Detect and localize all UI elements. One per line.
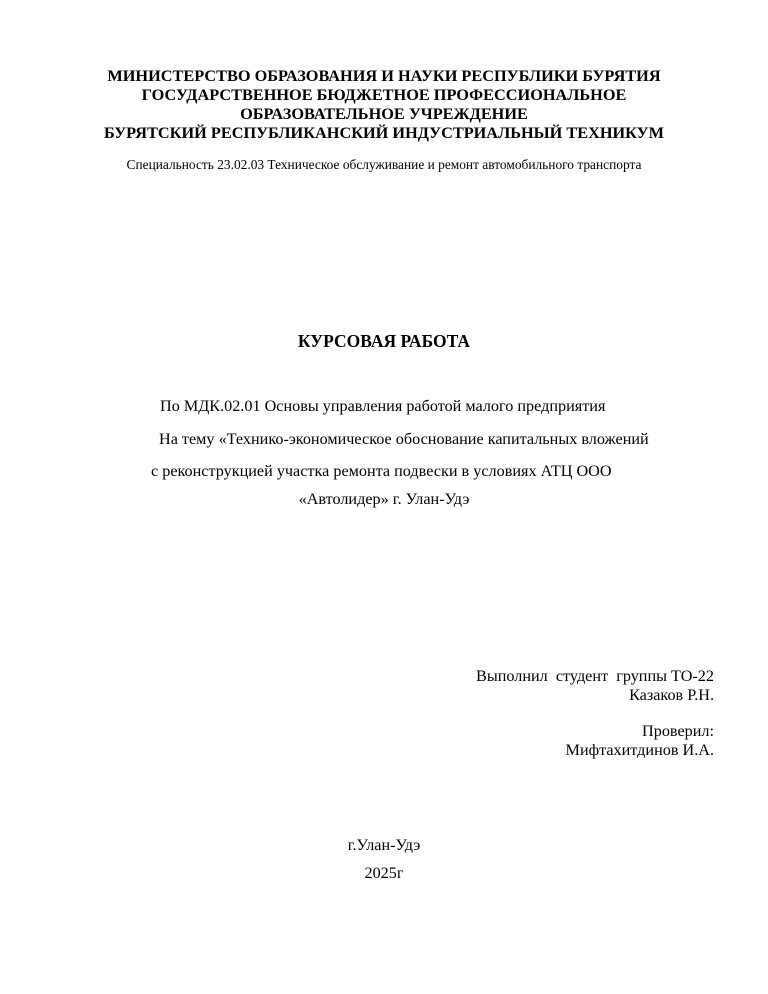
topic-line-3: «Автолидер» г. Улан-Удэ xyxy=(0,490,768,509)
institution-type-line-2: ОБРАЗОВАТЕЛЬНОЕ УЧРЕЖДЕНИЕ xyxy=(0,104,768,123)
document-type-title: КУРСОВАЯ РАБОТА xyxy=(234,331,534,351)
topic-line-1: На тему «Технико-экономическое обоснован… xyxy=(159,430,649,449)
performed-by-label: Выполнил студент группы ТО-22 xyxy=(476,667,714,686)
city-text: г.Улан-Удэ xyxy=(0,836,768,855)
teacher-name: Мифтахитдинов И.А. xyxy=(476,741,714,760)
student-name: Казаков Р.Н. xyxy=(476,686,714,705)
institution-header: МИНИСТЕРСТВО ОБРАЗОВАНИЯ И НАУКИ РЕСПУБЛ… xyxy=(0,66,768,142)
ministry-line: МИНИСТЕРСТВО ОБРАЗОВАНИЯ И НАУКИ РЕСПУБЛ… xyxy=(0,66,768,85)
checked-by-label: Проверил: xyxy=(476,722,714,741)
topic-line-2: с реконструкцией участка ремонта подвеск… xyxy=(151,462,612,481)
signature-block: Выполнил студент группы ТО-22 Казаков Р.… xyxy=(476,667,714,760)
specialty-text: Специальность 23.02.03 Техническое обслу… xyxy=(0,157,768,173)
institution-name-line: БУРЯТСКИЙ РЕСПУБЛИКАНСКИЙ ИНДУСТРИАЛЬНЫЙ… xyxy=(0,123,768,142)
subject-line: По МДК.02.01 Основы управления работой м… xyxy=(160,397,605,416)
institution-type-line: ГОСУДАРСТВЕННОЕ БЮДЖЕТНОЕ ПРОФЕССИОНАЛЬН… xyxy=(0,85,768,104)
year-text: 2025г xyxy=(0,864,768,883)
signature-gap xyxy=(476,705,714,722)
title-page: МИНИСТЕРСТВО ОБРАЗОВАНИЯ И НАУКИ РЕСПУБЛ… xyxy=(0,0,768,994)
